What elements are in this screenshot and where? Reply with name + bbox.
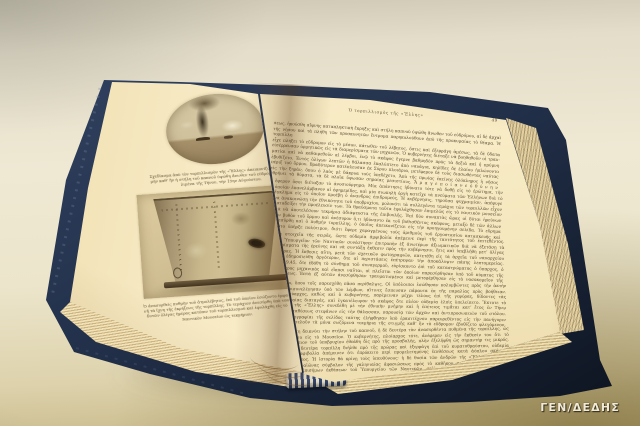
ship-silhouette (196, 137, 210, 141)
photo-scene: Σχεδίασμα ἀπὸ τὸν τορπιλλισμὸν τῆς «Ἕλλη… (0, 0, 640, 426)
gutter-shadow (232, 82, 332, 386)
ship-silhouette (224, 136, 233, 139)
running-header-text: Ὁ τορπιλλισμὸς τῆς «Ἕλλης» (348, 107, 423, 117)
watermark-text: ΓΕΝ/ΔΕΔΗΣ (540, 401, 620, 414)
